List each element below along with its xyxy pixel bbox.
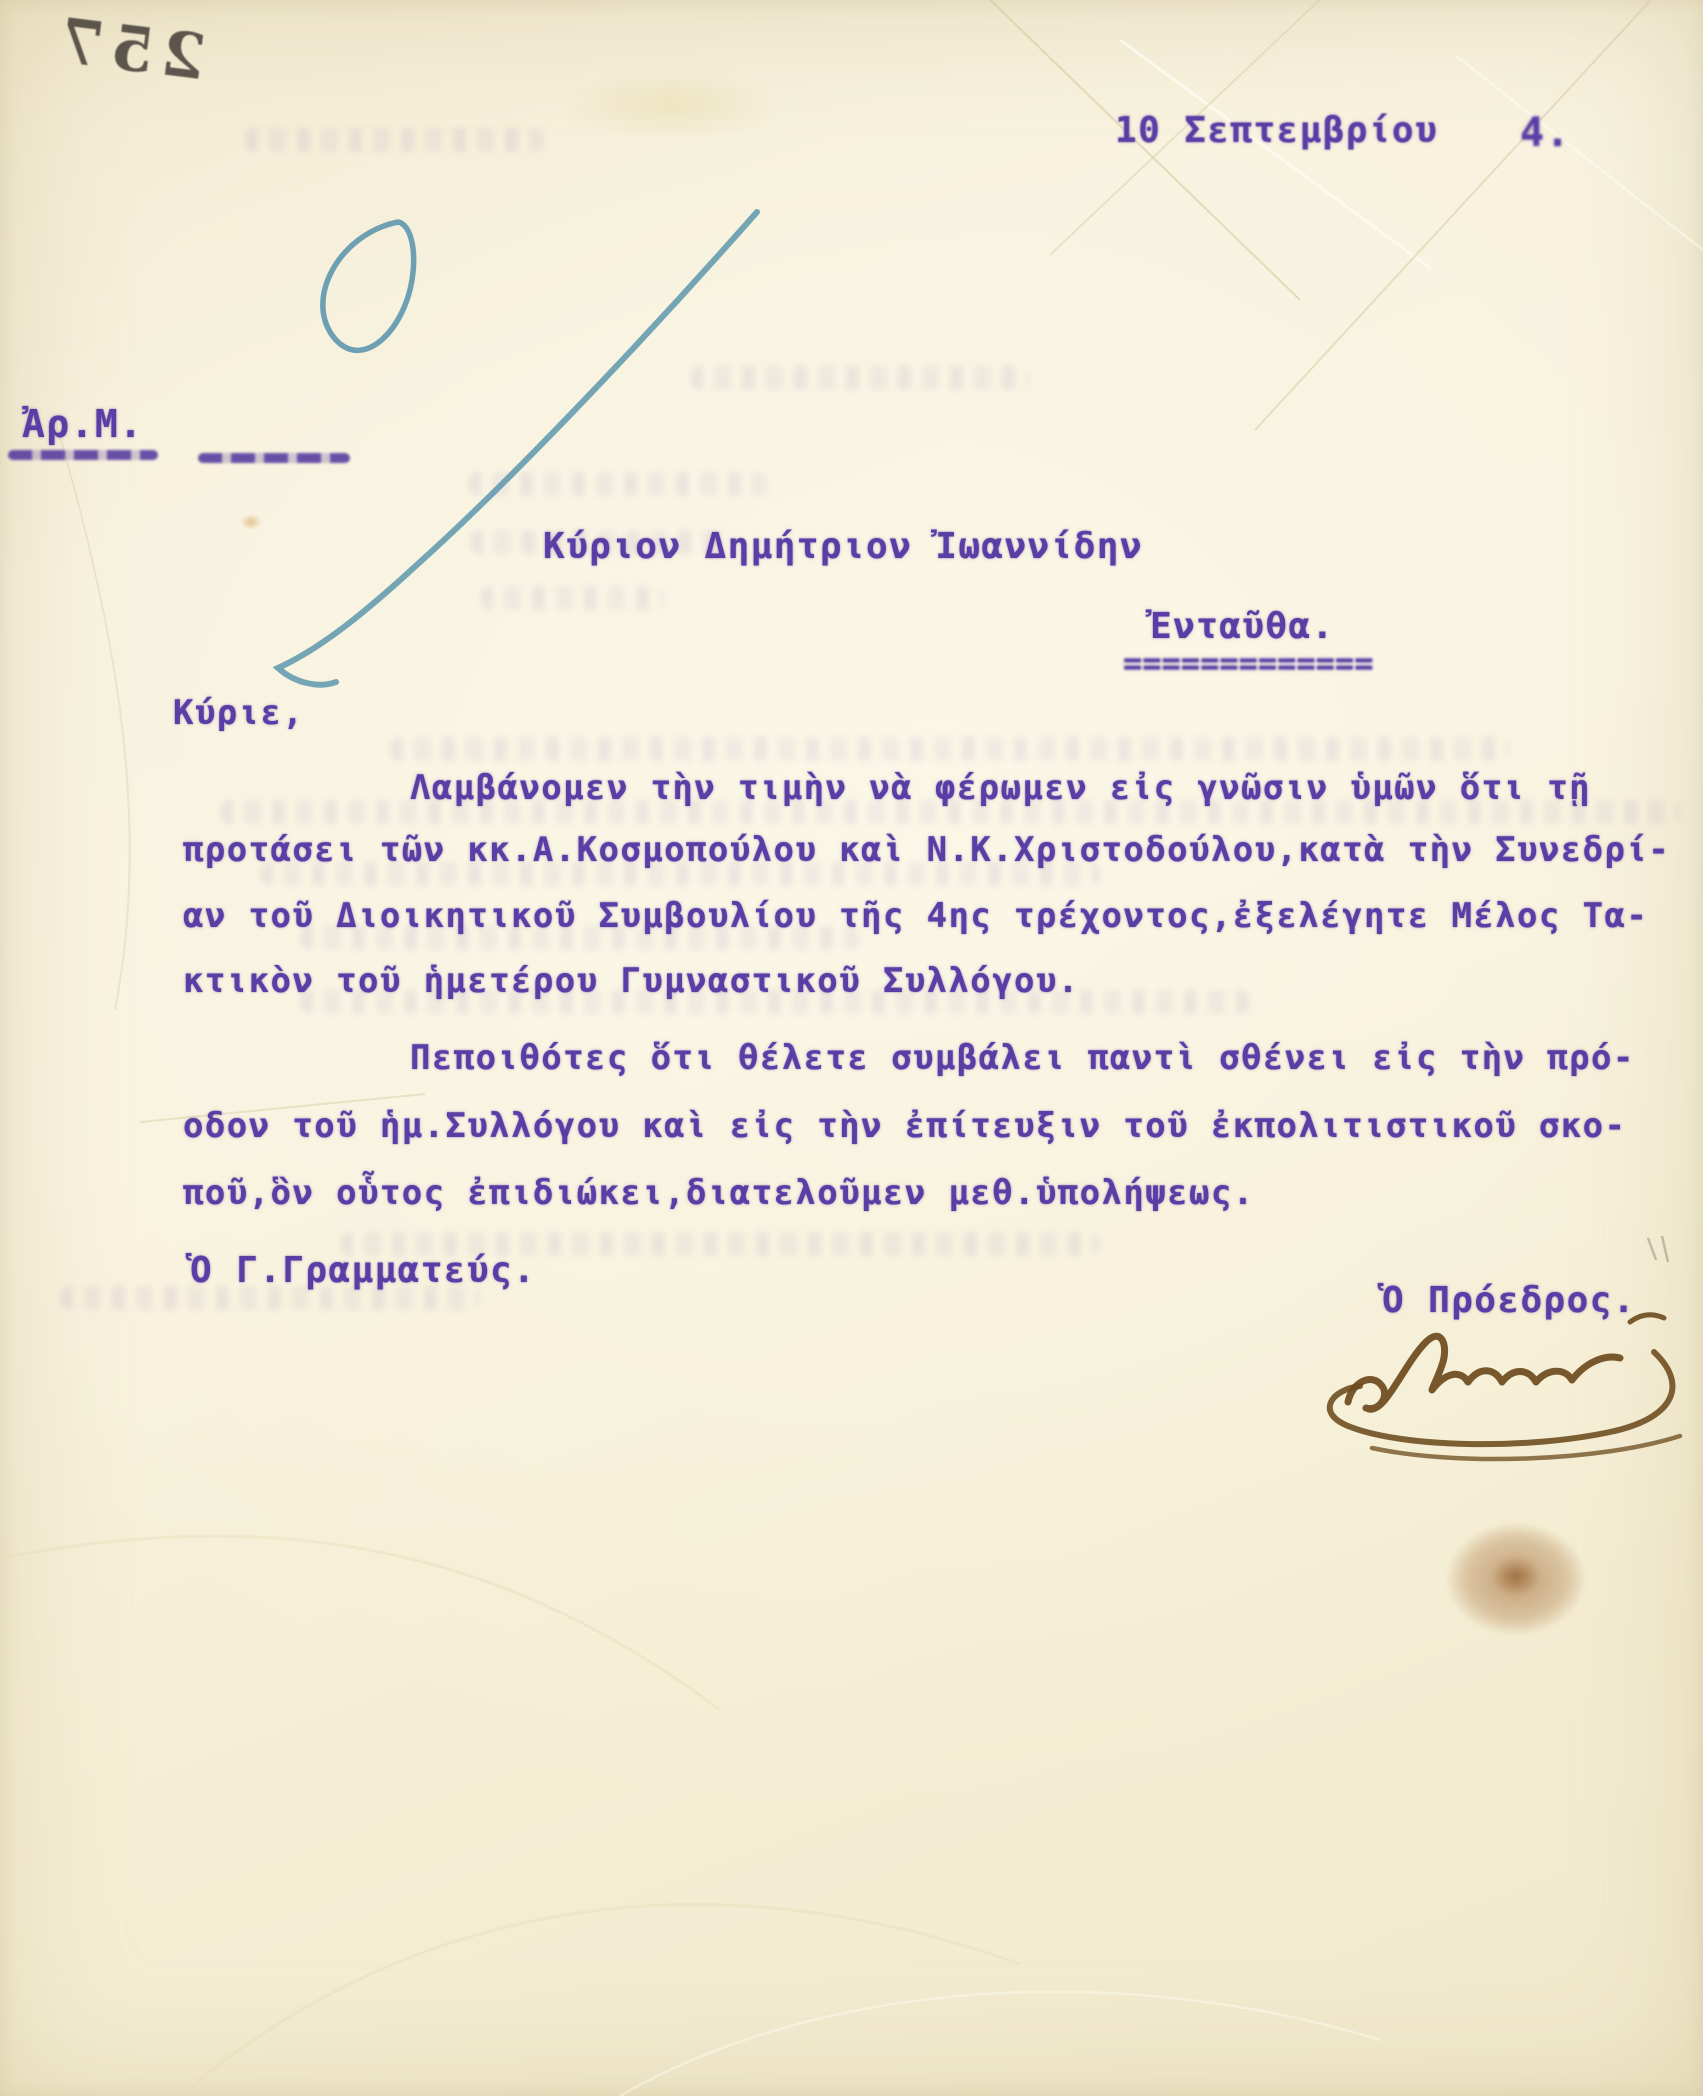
body-line: κτικὸν τοῦ ἡμετέρου Γυμναστικοῦ Συλλόγου… [183,961,1080,1001]
crease-highlight [1120,40,1430,268]
letter-page: 257 10 Σεπτεμβρίου 4. Ἀρ.Μ. Κύριον Δημήτ… [0,0,1703,2096]
recipient-name: Κύριον Δημήτριον Ἰωαννίδην [543,526,1143,567]
bleedthrough-mark [245,128,545,152]
reference-label: Ἀρ.Μ. [22,402,143,446]
recipient-place: Ἐνταῦθα. [1150,606,1335,647]
body-line: Πεποιθότες ὅτι θέλετε συμβάλει παντὶ σθέ… [410,1038,1635,1078]
crease-line [55,420,130,1010]
signature-underline [1372,1436,1680,1459]
crease-line [0,1536,720,1710]
stamp-number: 257 [48,3,209,94]
blue-pencil-stroke [278,212,757,685]
crease-line [180,1904,1020,2096]
salutation: Κύριε, [173,693,304,733]
edge-pencil-mark [1648,1236,1668,1262]
bleedthrough-mark [468,472,768,496]
reference-underline [198,453,350,463]
body-line: Λαμβάνομεν τὴν τιμὴν νὰ φέρωμεν εἰς γνῶσ… [410,768,1591,808]
body-line: ποῦ,ὃν οὗτος ἐπιδιώκει,διατελοῦμεν μεθ.ὑ… [183,1173,1255,1213]
date-text: 10 Σεπτεμβρίου [1115,110,1438,151]
crease-highlight [1455,55,1703,250]
crease-line [1255,0,1660,430]
bleedthrough-mark [690,366,1030,390]
recipient-place-underline: ============= [1123,644,1373,682]
body-line: οδον τοῦ ἡμ.Συλλόγου καὶ εἰς τὴν ἐπίτευξ… [183,1106,1626,1146]
date-suffix: 4. [1520,110,1571,156]
crease-highlight [620,1992,1380,2096]
secretary-title: Ὁ Γ.Γραμματεύς. [190,1250,536,1291]
reference-underline [8,450,158,460]
signature-scrawl [1348,1336,1620,1409]
blue-pencil-loop [323,222,414,350]
rust-stain [1492,1556,1540,1596]
body-line: αν τοῦ Διοικητικοῦ Συμβουλίου τῆς 4ης τρ… [183,896,1648,936]
body-line: προτάσει τῶν κκ.Α.Κοσμοπούλου καὶ Ν.Κ.Χρ… [183,830,1670,870]
bleedthrough-mark [390,737,1510,761]
rust-stain [1448,1524,1584,1634]
paper-stain [560,70,780,140]
bleedthrough-mark [480,586,665,610]
paper-stain [240,514,262,530]
signature-underline-flourish [1330,1352,1673,1444]
president-title: Ὁ Πρόεδρος. [1382,1280,1636,1321]
